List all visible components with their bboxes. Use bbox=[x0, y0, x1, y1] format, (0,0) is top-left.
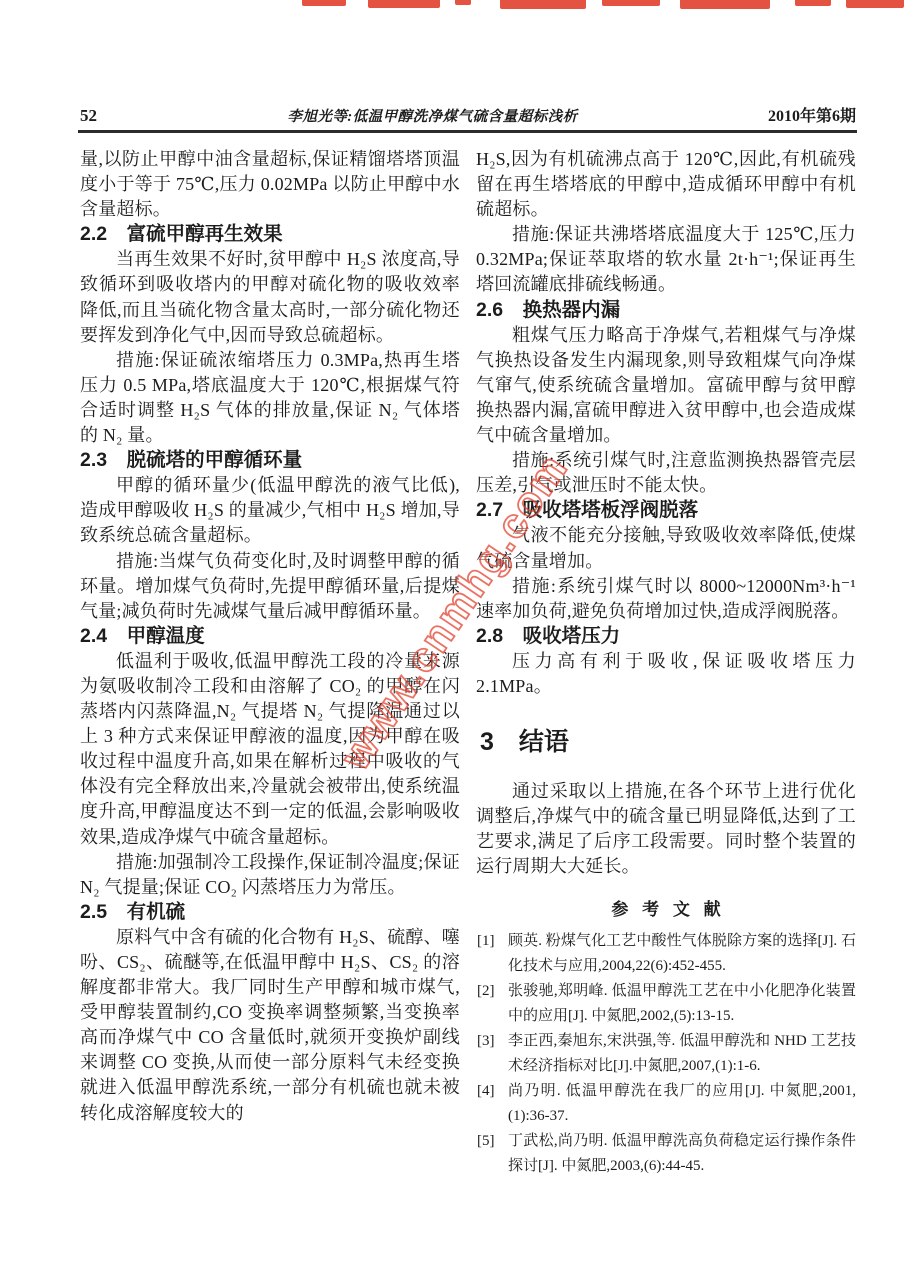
scan-artifact-marks bbox=[0, 0, 904, 12]
paragraph: 气液不能充分接触,导致吸收效率降低,使煤气硫含量增加。 bbox=[476, 523, 856, 573]
scan-artifact-dash bbox=[795, 0, 831, 6]
paragraph: 甲醇的循环量少(低温甲醇洗的液气比低),造成甲醇吸收 H₂S 的量减少,气相中 … bbox=[80, 473, 460, 548]
section-heading: 2.5 有机硫 bbox=[80, 900, 460, 925]
section-heading: 2.3 脱硫塔的甲醇循环量 bbox=[80, 448, 460, 473]
paragraph: 低温利于吸收,低温甲醇洗工段的冷量来源为氨吸收制冷工段和由溶解了 CO₂ 的甲醇… bbox=[80, 649, 460, 850]
paragraph: 措施:系统引煤气时,注意监测换热器管壳层压差,引气或泄压时不能太快。 bbox=[476, 448, 856, 498]
issue-label: 2010年第6期 bbox=[768, 103, 856, 126]
paragraph: 措施:保证共沸塔塔底温度大于 125℃,压力 0.32MPa;保证萃取塔的软水量… bbox=[476, 222, 856, 297]
reference-item: [2]张骏驰,郑明峰. 低温甲醇洗工艺在中小化肥净化装置中的应用[J]. 中氮肥… bbox=[476, 979, 856, 1029]
header-rule bbox=[78, 130, 857, 133]
reference-text: 李正西,秦旭东,宋洪强,等. 低温甲醇洗和 NHD 工艺技术经济指标对比[J].… bbox=[508, 1033, 856, 1074]
reference-label: [4] bbox=[477, 1079, 495, 1104]
reference-item: [1]顾英. 粉煤气化工艺中酸性气体脱除方案的选择[J]. 石化技术与应用,20… bbox=[476, 929, 856, 979]
scan-artifact-dash bbox=[368, 0, 440, 8]
right-column: H₂S,因为有机硫沸点高于 120℃,因此,有机硫残留在再生塔塔底的甲醇中,造成… bbox=[476, 147, 856, 1179]
paragraph: 粗煤气压力略高于净煤气,若粗煤气与净煤气换热设备发生内漏现象,则导致粗煤气向净煤… bbox=[476, 323, 856, 448]
reference-item: [5]丁武松,尚乃明. 低温甲醇洗高负荷稳定运行操作条件探讨[J]. 中氮肥,2… bbox=[476, 1129, 856, 1179]
paragraph: 措施:系统引煤气时以 8000~12000Nm³·h⁻¹ 速率加负荷,避免负荷增… bbox=[476, 574, 856, 624]
paragraph: H₂S,因为有机硫沸点高于 120℃,因此,有机硫残留在再生塔塔底的甲醇中,造成… bbox=[476, 147, 856, 222]
paragraph: 措施:当煤气负荷变化时,及时调整甲醇的循环量。增加煤气负荷时,先提甲醇循环量,后… bbox=[80, 549, 460, 624]
section-heading: 2.6 换热器内漏 bbox=[476, 298, 856, 323]
reference-text: 张骏驰,郑明峰. 低温甲醇洗工艺在中小化肥净化装置中的应用[J]. 中氮肥,20… bbox=[508, 983, 856, 1024]
left-column: 量,以防止甲醇中油含量超标,保证精馏塔塔顶温度小于等于 75℃,压力 0.02M… bbox=[80, 147, 460, 1126]
page-number: 52 bbox=[80, 106, 97, 126]
scan-artifact-dash bbox=[302, 0, 346, 6]
paragraph: 当再生效果不好时,贫甲醇中 H₂S 浓度高,导致循环到吸收塔内的甲醇对硫化物的吸… bbox=[80, 247, 460, 347]
scan-artifact-dash bbox=[602, 0, 660, 6]
paragraph: 通过采取以上措施,在各个环节上进行优化调整后,净煤气中的硫含量已明显降低,达到了… bbox=[476, 779, 856, 879]
scan-artifact-dash bbox=[455, 0, 471, 5]
paragraph: 压力高有利于吸收,保证吸收塔压力 2.1MPa。 bbox=[476, 649, 856, 699]
scanned-paper-page: 52 李旭光等:低温甲醇洗净煤气硫含量超标浅析 2010年第6期 量,以防止甲醇… bbox=[0, 0, 904, 1262]
reference-text: 尚乃明. 低温甲醇洗在我厂的应用[J]. 中氮肥,2001,(1):36-37. bbox=[508, 1083, 856, 1124]
scan-artifact-dash bbox=[846, 0, 904, 8]
paragraph: 原料气中含有硫的化合物有 H₂S、硫醇、噻吩、CS₂、硫醚等,在低温甲醇中 H₂… bbox=[80, 925, 460, 1126]
section-heading: 2.2 富硫甲醇再生效果 bbox=[80, 222, 460, 247]
page-header: 52 李旭光等:低温甲醇洗净煤气硫含量超标浅析 2010年第6期 bbox=[80, 103, 856, 126]
section-heading: 2.4 甲醇温度 bbox=[80, 624, 460, 649]
reference-label: [3] bbox=[477, 1029, 495, 1054]
running-title: 李旭光等:低温甲醇洗净煤气硫含量超标浅析 bbox=[287, 105, 577, 126]
article-body: 量,以防止甲醇中油含量超标,保证精馏塔塔顶温度小于等于 75℃,压力 0.02M… bbox=[80, 147, 856, 1179]
paragraph: 量,以防止甲醇中油含量超标,保证精馏塔塔顶温度小于等于 75℃,压力 0.02M… bbox=[80, 147, 460, 222]
reference-label: [5] bbox=[477, 1129, 495, 1154]
paragraph: 措施:加强制冷工段操作,保证制冷温度;保证 N₂ 气提量;保证 CO₂ 闪蒸塔压… bbox=[80, 850, 460, 900]
reference-item: [4]尚乃明. 低温甲醇洗在我厂的应用[J]. 中氮肥,2001,(1):36-… bbox=[476, 1079, 856, 1129]
section-heading: 2.7 吸收塔塔板浮阀脱落 bbox=[476, 498, 856, 523]
reference-text: 丁武松,尚乃明. 低温甲醇洗高负荷稳定运行操作条件探讨[J]. 中氮肥,2003… bbox=[508, 1133, 856, 1174]
scan-artifact-dash bbox=[500, 0, 586, 9]
reference-label: [1] bbox=[477, 929, 495, 954]
reference-text: 顾英. 粉煤气化工艺中酸性气体脱除方案的选择[J]. 石化技术与应用,2004,… bbox=[508, 933, 856, 974]
paragraph: 措施:保证硫浓缩塔压力 0.3MPa,热再生塔压力 0.5 MPa,塔底温度大于… bbox=[80, 348, 460, 448]
section-heading: 参 考 文 献 bbox=[476, 895, 856, 920]
reference-item: [3]李正西,秦旭东,宋洪强,等. 低温甲醇洗和 NHD 工艺技术经济指标对比[… bbox=[476, 1029, 856, 1079]
reference-label: [2] bbox=[477, 979, 495, 1004]
section-heading: 2.8 吸收塔压力 bbox=[476, 624, 856, 649]
section-heading: 3 结语 bbox=[480, 727, 856, 757]
scan-artifact-dash bbox=[680, 0, 770, 9]
